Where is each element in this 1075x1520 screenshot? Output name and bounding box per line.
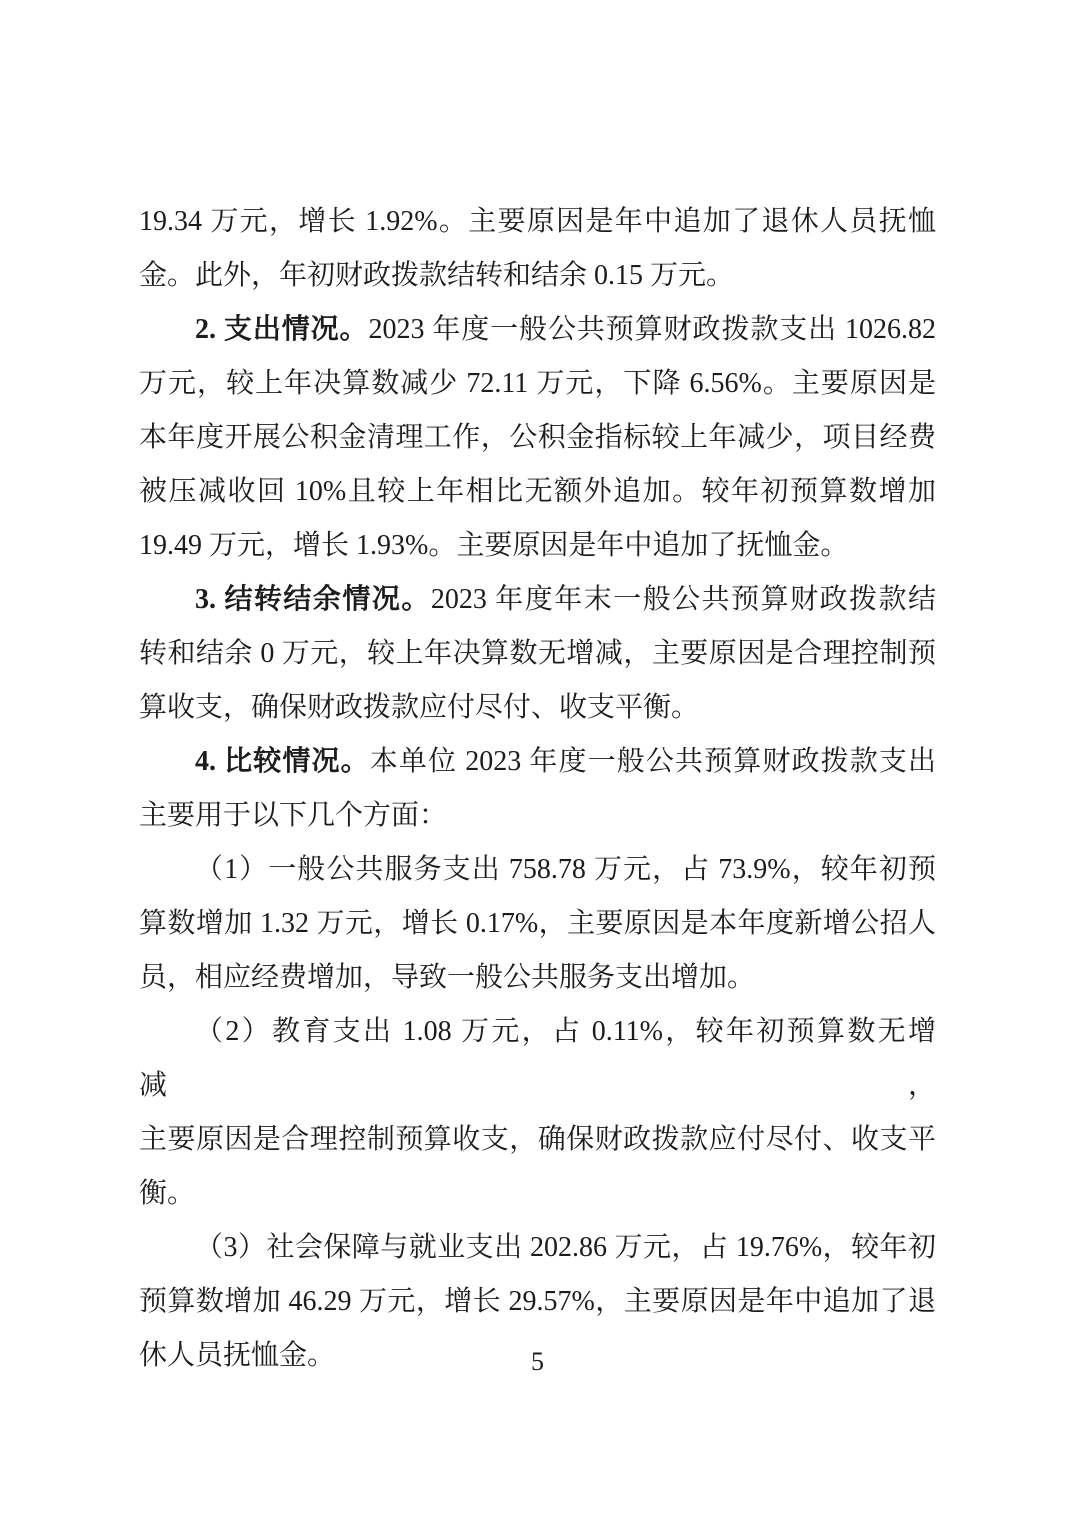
line-text: 金。此外，年初财政拨款结转和结余 0.15 万元。: [139, 260, 734, 291]
text-line: 主要原因是合理控制预算收支，确保财政拨款应付尽付、收支平: [139, 1113, 936, 1167]
text-line: （2）教育支出 1.08 万元，占 0.11%，较年初预算数无增减，: [139, 1005, 936, 1113]
line-text: （2）教育支出 1.08 万元，占 0.11%，较年初预算数无增减，: [139, 1016, 936, 1101]
line-text: 衡。: [139, 1178, 195, 1209]
text-line: 19.49 万元，增长 1.93%。主要原因是年中追加了抚恤金。: [139, 519, 936, 573]
paragraph-lead: 2. 支出情况。: [195, 314, 368, 345]
line-text: 19.34 万元，增长 1.92%。主要原因是年中追加了退休人员抚恤: [139, 206, 936, 237]
line-text: 预算数增加 46.29 万元，增长 29.57%，主要原因是年中追加了退: [139, 1286, 936, 1317]
text-line: 3. 结转结余情况。2023 年度年末一般公共预算财政拨款结: [139, 573, 936, 627]
line-text: 万元，较上年决算数减少 72.11 万元，下降 6.56%。主要原因是: [139, 368, 936, 399]
paragraph-lead: 3. 结转结余情况。: [195, 584, 431, 615]
line-text: （3）社会保障与就业支出 202.86 万元，占 19.76%，较年初: [195, 1232, 936, 1263]
line-text: 员，相应经费增加，导致一般公共服务支出增加。: [139, 962, 755, 993]
page-number: 5: [0, 1335, 1075, 1389]
line-text: 算数增加 1.32 万元，增长 0.17%，主要原因是本年度新增公招人: [139, 908, 936, 939]
text-line: 被压减收回 10%且较上年相比无额外追加。较年初预算数增加: [139, 465, 936, 519]
line-text: 被压减收回 10%且较上年相比无额外追加。较年初预算数增加: [139, 476, 936, 507]
text-line: 衡。: [139, 1167, 936, 1221]
line-text: 本单位 2023 年度一般公共预算财政拨款支出: [370, 746, 936, 777]
text-line: 本年度开展公积金清理工作，公积金指标较上年减少，项目经费: [139, 411, 936, 465]
line-text: 主要原因是合理控制预算收支，确保财政拨款应付尽付、收支平: [139, 1124, 936, 1155]
line-text: 2023 年度年末一般公共预算财政拨款结: [431, 584, 936, 615]
text-line: 万元，较上年决算数减少 72.11 万元，下降 6.56%。主要原因是: [139, 357, 936, 411]
text-line: 主要用于以下几个方面：: [139, 789, 936, 843]
text-line: 算数增加 1.32 万元，增长 0.17%，主要原因是本年度新增公招人: [139, 897, 936, 951]
line-text: 主要用于以下几个方面：: [139, 800, 447, 831]
text-line: 金。此外，年初财政拨款结转和结余 0.15 万元。: [139, 249, 936, 303]
line-text: 算收支，确保财政拨款应付尽付、收支平衡。: [139, 692, 699, 723]
line-text: 本年度开展公积金清理工作，公积金指标较上年减少，项目经费: [139, 422, 936, 453]
document-body: 19.34 万元，增长 1.92%。主要原因是年中追加了退休人员抚恤 金。此外，…: [139, 195, 936, 1383]
text-line: 转和结余 0 万元，较上年决算数无增减，主要原因是合理控制预: [139, 627, 936, 681]
text-line: 员，相应经费增加，导致一般公共服务支出增加。: [139, 951, 936, 1005]
line-text: （1）一般公共服务支出 758.78 万元，占 73.9%，较年初预: [195, 854, 936, 885]
text-line: 算收支，确保财政拨款应付尽付、收支平衡。: [139, 681, 936, 735]
text-line: 2. 支出情况。2023 年度一般公共预算财政拨款支出 1026.82: [139, 303, 936, 357]
text-line: 预算数增加 46.29 万元，增长 29.57%，主要原因是年中追加了退: [139, 1275, 936, 1329]
text-line: 4. 比较情况。本单位 2023 年度一般公共预算财政拨款支出: [139, 735, 936, 789]
text-line: （1）一般公共服务支出 758.78 万元，占 73.9%，较年初预: [139, 843, 936, 897]
text-line: 19.34 万元，增长 1.92%。主要原因是年中追加了退休人员抚恤: [139, 195, 936, 249]
text-line: （3）社会保障与就业支出 202.86 万元，占 19.76%，较年初: [139, 1221, 936, 1275]
paragraph-lead: 4. 比较情况。: [195, 746, 370, 777]
line-text: 2023 年度一般公共预算财政拨款支出 1026.82: [368, 314, 936, 345]
line-text: 19.49 万元，增长 1.93%。主要原因是年中追加了抚恤金。: [139, 530, 848, 561]
line-text: 转和结余 0 万元，较上年决算数无增减，主要原因是合理控制预: [139, 638, 936, 669]
document-page: 19.34 万元，增长 1.92%。主要原因是年中追加了退休人员抚恤 金。此外，…: [0, 0, 1075, 1520]
